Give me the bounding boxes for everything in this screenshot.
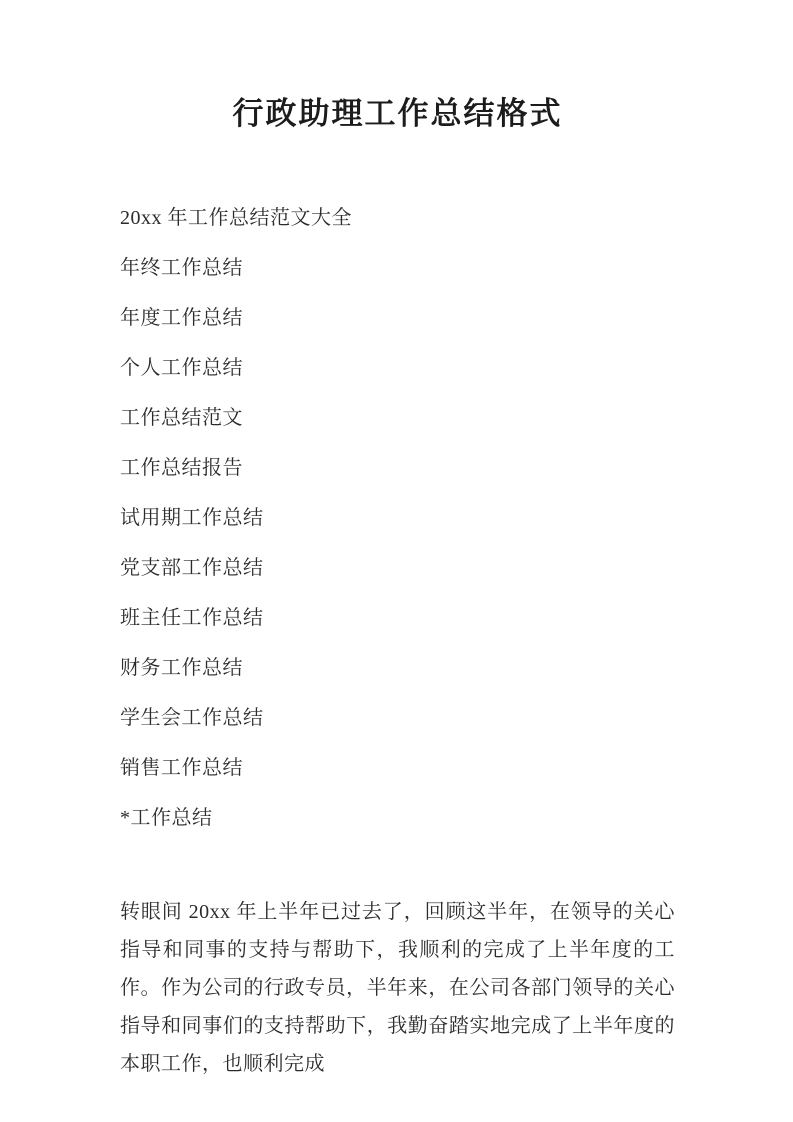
list-item: 20xx 年工作总结范文大全 (120, 208, 675, 229)
list-item: 工作总结范文 (120, 408, 675, 429)
list-item: 个人工作总结 (120, 358, 675, 379)
list-item: 财务工作总结 (120, 658, 675, 679)
body-paragraph: 转眼间 20xx 年上半年已过去了，回顾这半年，在领导的关心指导和同事的支持与帮… (120, 893, 675, 1083)
list-item: 工作总结报告 (120, 458, 675, 479)
list-item: 班主任工作总结 (120, 608, 675, 629)
list-item: 党支部工作总结 (120, 558, 675, 579)
list-item: 年终工作总结 (120, 258, 675, 279)
list-item: 销售工作总结 (120, 758, 675, 779)
list-item: 年度工作总结 (120, 308, 675, 329)
document-title: 行政助理工作总结格式 (120, 94, 675, 134)
list-item: 试用期工作总结 (120, 508, 675, 529)
document-page: 行政助理工作总结格式 20xx 年工作总结范文大全 年终工作总结 年度工作总结 … (0, 0, 793, 1122)
list-item: *工作总结 (120, 808, 675, 829)
list-item: 学生会工作总结 (120, 708, 675, 729)
related-summary-list: 20xx 年工作总结范文大全 年终工作总结 年度工作总结 个人工作总结 工作总结… (120, 208, 675, 829)
